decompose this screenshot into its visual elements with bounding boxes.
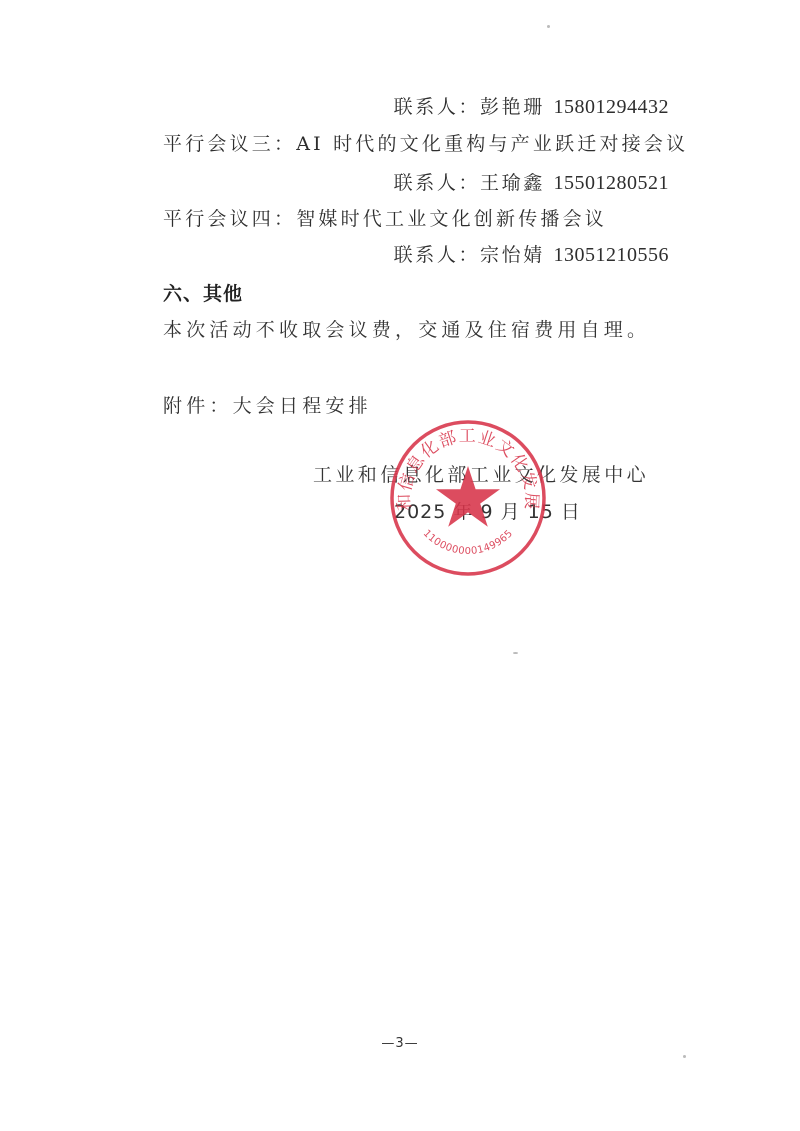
- contact-name: 彭艳珊: [480, 96, 545, 118]
- contact-label: 联系人：: [394, 244, 480, 266]
- attachment-note: 附件：大会日程安排: [163, 394, 372, 418]
- date-day-unit: 日: [561, 501, 581, 523]
- scan-speck: [683, 1055, 686, 1058]
- seal-code: 110000000149965: [421, 528, 516, 557]
- official-seal-icon: 工业和信息化部工业文化发展中心 110000000149965: [388, 418, 548, 578]
- page-number: —3—: [0, 1036, 800, 1051]
- contact-line-3: 联系人：宗怡婧 13051210556: [394, 243, 669, 267]
- svg-text:110000000149965: 110000000149965: [421, 528, 516, 557]
- contact-label: 联系人：: [394, 96, 480, 118]
- contact-phone: 15501280521: [554, 172, 670, 194]
- meeting-four-title: 平行会议四：智媒时代工业文化创新传播会议: [163, 207, 607, 231]
- meeting-three-title: 平行会议三：AI 时代的文化重构与产业跃迁对接会议: [163, 132, 688, 156]
- contact-line-1: 联系人：彭艳珊 15801294432: [394, 95, 669, 119]
- scan-speck: [513, 652, 518, 654]
- contact-line-2: 联系人：王瑜鑫 15501280521: [394, 171, 669, 195]
- scan-speck: [547, 25, 550, 28]
- contact-phone: 15801294432: [554, 96, 670, 118]
- contact-name: 宗怡婧: [480, 244, 545, 266]
- section-six-heading: 六、其他: [163, 282, 243, 306]
- contact-label: 联系人：: [394, 172, 480, 194]
- contact-phone: 13051210556: [554, 244, 670, 266]
- star-icon: [436, 466, 500, 527]
- section-six-body: 本次活动不收取会议费，交通及住宿费用自理。: [163, 318, 650, 342]
- contact-name: 王瑜鑫: [480, 172, 545, 194]
